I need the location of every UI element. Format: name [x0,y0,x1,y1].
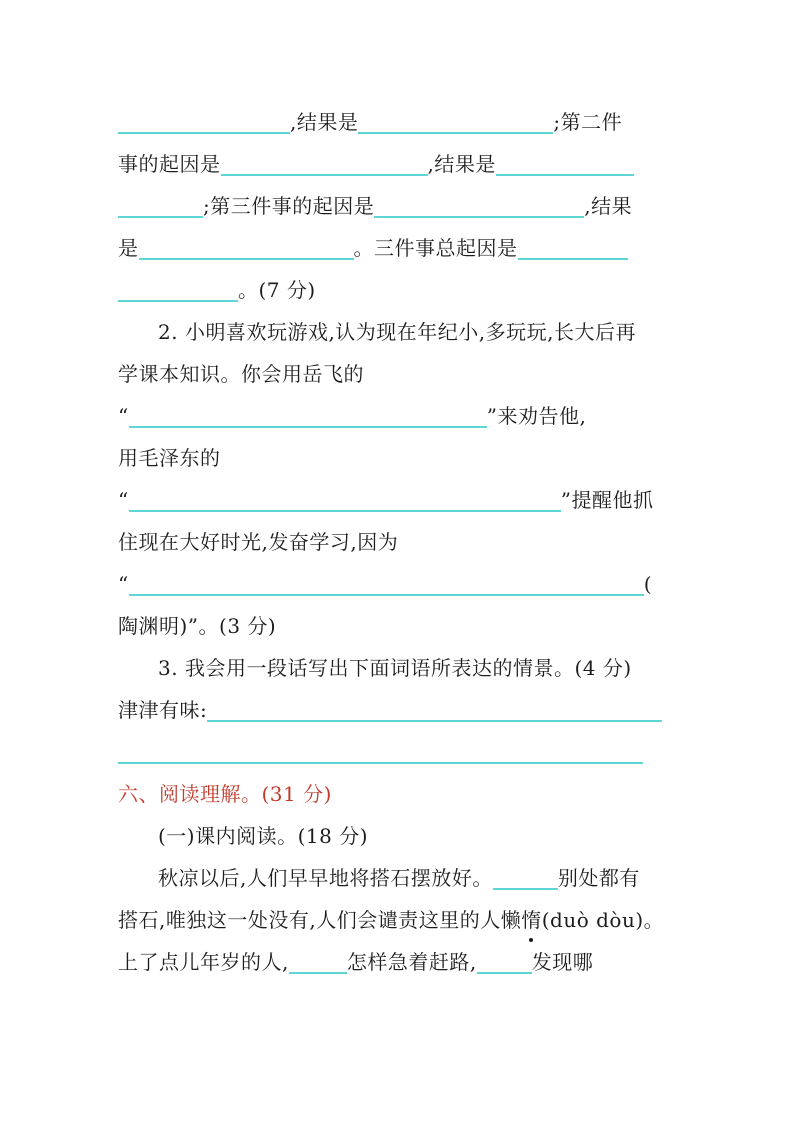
text-run: “ [118,572,129,596]
q3-answer-line [118,731,680,773]
q2-quote-line-1: “”来劝告他, [118,395,680,437]
text-run: 是 [118,236,139,260]
text-run: 搭石,唯独这一处没有,人们会谴责这里的人懒 [118,908,521,932]
text-run: 六、阅读理解。(31 分) [118,782,332,806]
fill-in-blank [118,742,643,764]
part-one-subheading: (一)课内阅读。(18 分) [118,815,680,857]
q1-fill-line-5: 。(7 分) [118,269,680,311]
fill-in-blank [358,112,553,134]
text-run: 别处都有 [558,866,640,890]
text-run: 事的起因是 [118,152,221,176]
text-run: ;第二件 [553,110,622,134]
fill-in-blank [493,868,558,890]
q2-quote-line-3: “( [118,563,680,605]
q2-prompt-line-3: 用毛泽东的 [118,437,680,479]
q1-fill-line-2: 事的起因是,结果是 [118,143,680,185]
q1-fill-line-3: ;第三件事的起因是,结果 [118,185,680,227]
text-run: “ [118,404,129,428]
q3-word-line: 津津有味: [118,689,680,731]
text-run: 秋凉以后,人们早早地将搭石摆放好。 [158,866,493,890]
fill-in-blank [118,196,203,218]
text-run: ,结果 [584,194,632,218]
text-run: ”来劝告他, [487,404,587,428]
fill-in-blank [129,490,561,512]
passage-line-2: 搭石,唯独这一处没有,人们会谴责这里的人懒惰(duò dòu)。 [118,899,680,941]
text-run: 陶渊明)”。(3 分) [118,614,276,638]
text-run: (一)课内阅读。(18 分) [158,824,368,848]
fill-in-blank [496,154,634,176]
text-run: ,结果是 [428,152,496,176]
text-run: 上了点儿年岁的人, [118,950,289,974]
q2-prompt-line-4: 住现在大好时光,发奋学习,因为 [118,521,680,563]
text-run: 3. 我会用一段话写出下面词语所表达的情景。(4 分) [158,656,632,680]
fill-in-blank [221,154,428,176]
section-six-heading: 六、阅读理解。(31 分) [118,773,680,815]
q2-prompt-line-2: 学课本知识。你会用岳飞的 [118,353,680,395]
document-body: ,结果是;第二件事的起因是,结果是;第三件事的起因是,结果是。三件事总起因是。(… [118,101,680,983]
text-run: 发现哪 [532,950,594,974]
text-run: “ [118,488,129,512]
q2-attribution-line: 陶渊明)”。(3 分) [118,605,680,647]
q2-quote-line-2: “”提醒他抓 [118,479,680,521]
test-paper-page: ,结果是;第二件事的起因是,结果是;第三件事的起因是,结果是。三件事总起因是。(… [0,0,793,1122]
fill-in-blank [129,574,644,596]
fill-in-blank [129,406,487,428]
text-run: 怎样急着赶路, [347,950,477,974]
text-run: ( [644,572,652,596]
text-run: 2. 小明喜欢玩游戏,认为现在年纪小,多玩玩,长大后再 [158,320,636,344]
fill-in-blank [477,952,532,974]
text-run: ,结果是 [290,110,358,134]
passage-line-1: 秋凉以后,人们早早地将搭石摆放好。别处都有 [118,857,680,899]
fill-in-blank [207,700,662,722]
text-run: ”提醒他抓 [561,488,654,512]
fill-in-blank [518,238,628,260]
fill-in-blank [374,196,584,218]
text-run: 学课本知识。你会用岳飞的 [118,362,364,386]
q2-prompt-line-1: 2. 小明喜欢玩游戏,认为现在年纪小,多玩玩,长大后再 [118,311,680,353]
text-run: 。(7 分) [238,278,316,302]
emphasized-char: 惰 [521,899,542,941]
q1-fill-line-4: 是。三件事总起因是 [118,227,680,269]
text-run: 津津有味: [118,698,207,722]
q1-fill-line-1: ,结果是;第二件 [118,101,680,143]
fill-in-blank [118,112,290,134]
fill-in-blank [289,952,347,974]
text-run: ;第三件事的起因是 [203,194,374,218]
text-run: (duò dòu)。 [542,908,664,932]
q3-prompt-line: 3. 我会用一段话写出下面词语所表达的情景。(4 分) [118,647,680,689]
fill-in-blank [118,280,238,302]
text-run: 住现在大好时光,发奋学习,因为 [118,530,398,554]
passage-line-3: 上了点儿年岁的人,怎样急着赶路,发现哪 [118,941,680,983]
text-run: 用毛泽东的 [118,446,221,470]
fill-in-blank [139,238,354,260]
text-run: 。三件事总起因是 [354,236,518,260]
